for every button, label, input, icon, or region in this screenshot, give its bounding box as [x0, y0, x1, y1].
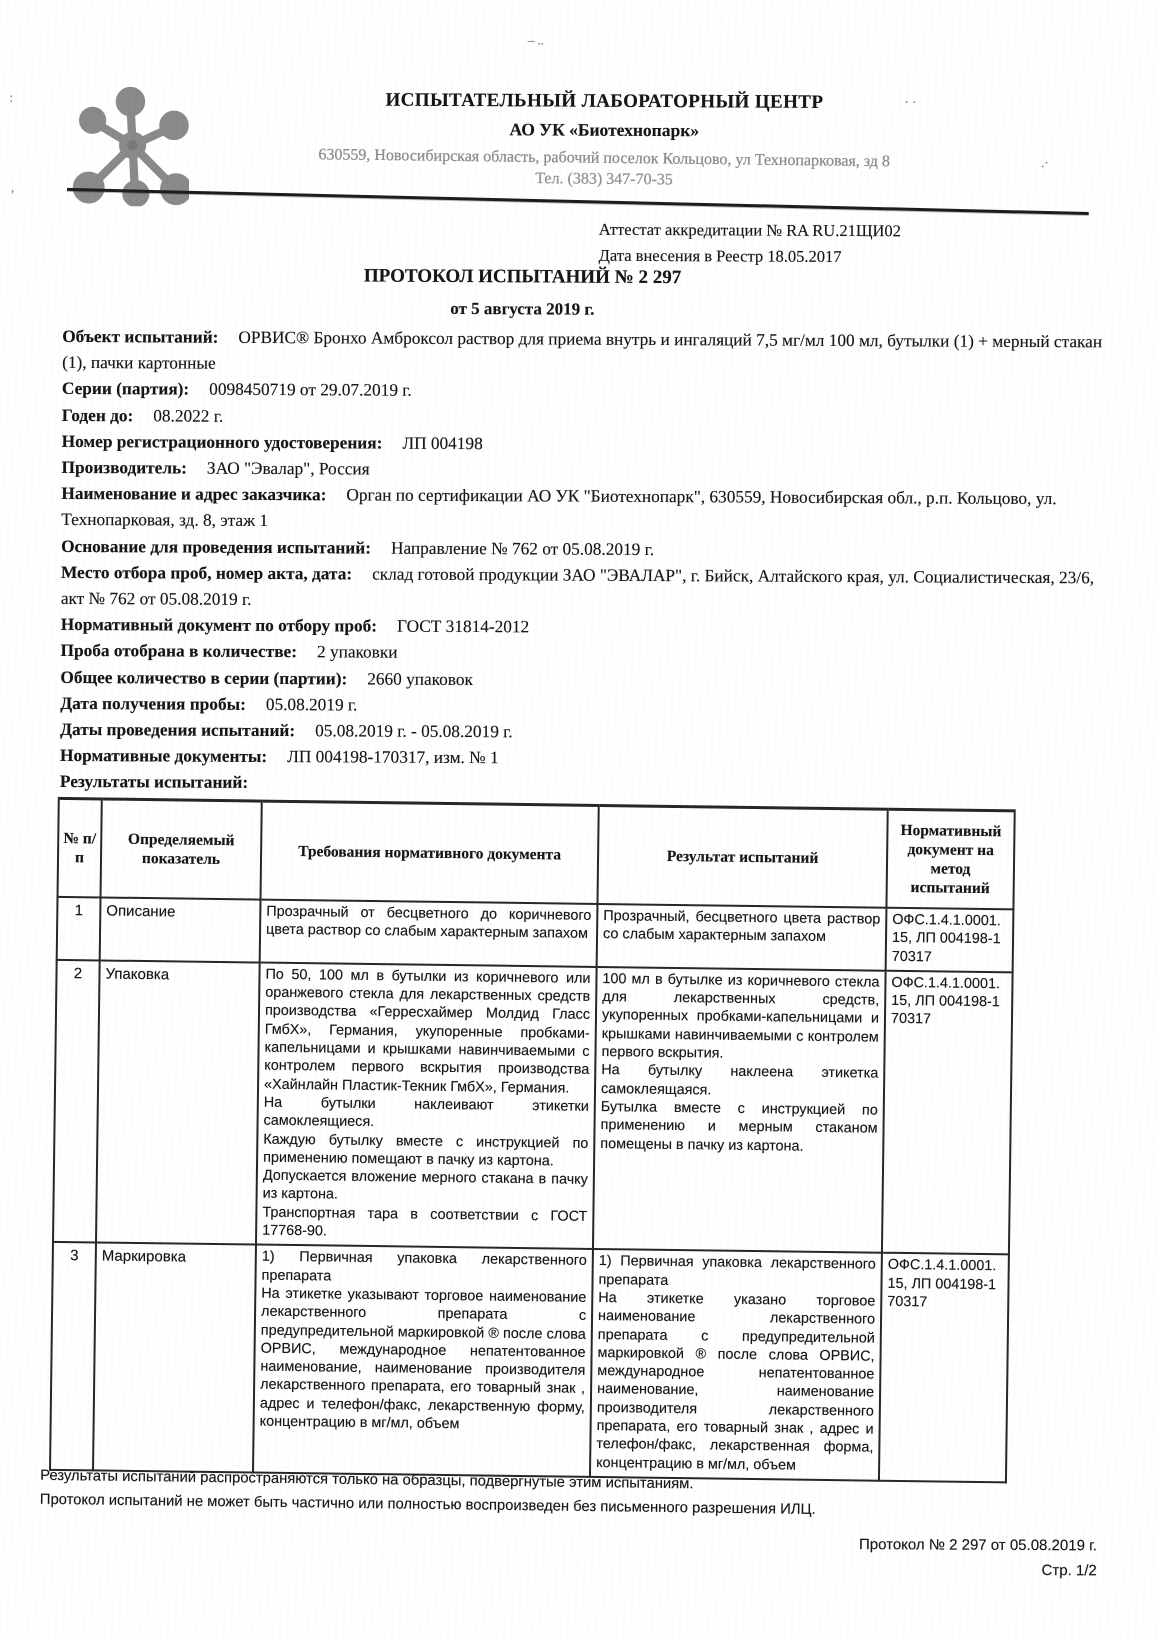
col-header-result: Результат испытаний [597, 805, 887, 907]
col-header-indicator: Определяемый показатель [101, 799, 262, 900]
org-name: ИСПЫТАТЕЛЬНЫЙ ЛАБОРАТОРНЫЙ ЦЕНТР [184, 89, 1024, 115]
scan-artifact: , [11, 180, 14, 196]
org-subname: АО УК «Биотехнопарк» [184, 118, 1024, 143]
scanned-sheet: – .. : , · · .· ИСПЫТАТЕЛЬНЫЙ ЛАБОРАТОРН… [0, 0, 1158, 1638]
row-method: ОФС.1.4.1.0001.15, ЛП 004198-170317 [886, 908, 1014, 973]
table-header-row: № п/п Определяемый показатель Требования… [58, 798, 1015, 909]
scan-artifact: .· [1041, 155, 1049, 171]
protocol-document: – .. : , · · .· ИСПЫТАТЕЛЬНЫЙ ЛАБОРАТОРН… [0, 0, 1158, 1638]
table-row: 3 Маркировка 1) Первичная упаковка лекар… [50, 1242, 1009, 1482]
protocol-date: от 5 августа 2019 г. [0, 297, 1046, 322]
col-header-number: № п/п [58, 798, 102, 897]
col-header-requirement: Требования нормативного документа [260, 801, 598, 904]
col-header-method: Нормативный документ на метод испытаний [886, 809, 1014, 909]
row-indicator: Упаковка [96, 960, 260, 1245]
table-row: 2 Упаковка По 50, 100 мл в бутылки из ко… [53, 960, 1013, 1255]
results-table: № п/п Определяемый показатель Требования… [49, 797, 1016, 1483]
row-requirement: 1) Первичная упаковка лекарственного пре… [253, 1245, 593, 1477]
accreditation-block: Аттестат аккредитации № RA RU.21ЩИ02 Дат… [599, 217, 901, 271]
row-indicator: Маркировка [93, 1243, 256, 1473]
row-result: 100 мл в бутылке из коричневого стекла д… [593, 967, 886, 1253]
scan-artifact: : [9, 90, 13, 106]
row-number: 3 [50, 1242, 96, 1470]
protocol-title: ПРОТОКОЛ ИСПЫТАНИЙ № 2 297 [0, 264, 1047, 291]
row-result: 1) Первичная упаковка лекарственного пре… [590, 1249, 882, 1480]
letterhead: ИСПЫТАТЕЛЬНЫЙ ЛАБОРАТОРНЫЙ ЦЕНТР АО УК «… [184, 89, 1025, 191]
row-method: ОФС.1.4.1.0001.15, ЛП 004198-170317 [882, 971, 1013, 1255]
row-requirement: Прозрачный от бесцветного до коричневого… [260, 900, 598, 967]
scan-artifact: – .. [528, 32, 544, 48]
field-sampling-place: Место отбора проб, номер акта, дата:скла… [61, 560, 1103, 618]
row-number: 2 [53, 960, 100, 1243]
accreditation-certificate: Аттестат аккредитации № RA RU.21ЩИ02 [599, 217, 901, 245]
row-result: Прозрачный, бесцветного цвета раствор со… [597, 904, 887, 971]
footer-page-number: Стр. 1/2 [859, 1557, 1097, 1583]
footer-protocol-ref: Протокол № 2 297 от 05.08.2019 г. [859, 1532, 1097, 1558]
results-heading: Результаты испытаний: [60, 769, 1102, 801]
row-indicator: Описание [100, 897, 261, 962]
row-requirement: По 50, 100 мл в бутылки из коричневого и… [256, 962, 597, 1249]
row-number: 1 [57, 897, 101, 960]
field-customer: Наименование и адрес заказчика:Орган по … [61, 481, 1103, 539]
field-object: Объект испытаний:ОРВИС® Бронхо Амброксол… [62, 324, 1104, 382]
row-method: ОФС.1.4.1.0001.15, ЛП 004198-170317 [879, 1253, 1009, 1482]
footer-reference: Протокол № 2 297 от 05.08.2019 г. Стр. 1… [859, 1532, 1097, 1583]
protocol-fields: Объект испытаний:ОРВИС® Бронхо Амброксол… [60, 324, 1104, 801]
footer-notes: Результаты испытаний распространяются то… [40, 1464, 816, 1522]
